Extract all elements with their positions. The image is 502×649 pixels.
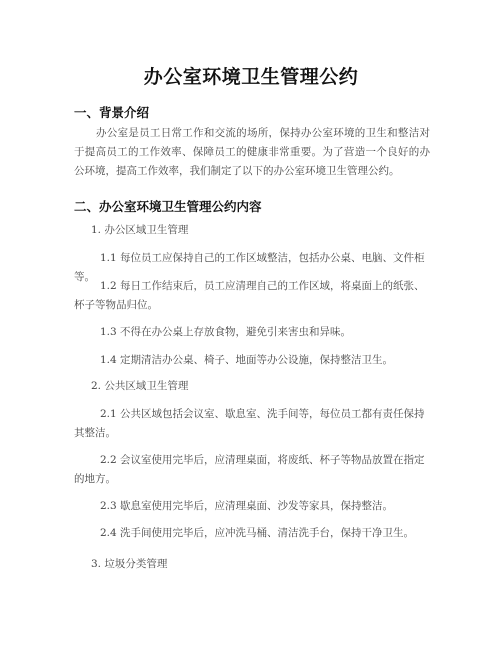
list-subitem: 2.2 会议室使用完毕后，应清理桌面，将废纸、杯子等物品放置在指定的地方。 [74,451,430,489]
list-subitem: 2.3 歇息室使用完毕后，应清理桌面、沙发等家具，保持整洁。 [74,497,430,516]
section-heading-background: 一、背景介绍 [74,103,149,121]
list-item-office-area: 1. 办公区域卫生管理 [91,222,188,237]
list-subitem: 1.2 每日工作结束后，员工应清理自己的工作区域，将桌面上的纸张、杯子等物品归位… [74,277,430,315]
list-subitem: 1.3 不得在办公桌上存放食物，避免引来害虫和异味。 [74,323,430,342]
list-subitem: 2.4 洗手间使用完毕后，应冲洗马桶、清洁洗手台，保持干净卫生。 [74,524,430,543]
list-item-garbage-sorting: 3. 垃圾分类管理 [91,556,167,571]
section-heading-content: 二、办公室环境卫生管理公约内容 [74,197,262,215]
background-paragraph: 办公室是员工日常工作和交流的场所，保持办公室环境的卫生和整洁对于提高员工的工作效… [74,124,430,181]
list-subitem: 2.1 公共区域包括会议室、歇息室、洗手间等，每位员工都有责任保持其整洁。 [74,405,430,443]
list-subitem: 1.4 定期清洁办公桌、椅子、地面等办公设施，保持整洁卫生。 [74,351,430,370]
document-page: 办公室环境卫生管理公约 一、背景介绍 办公室是员工日常工作和交流的场所，保持办公… [0,0,502,649]
list-item-public-area: 2. 公共区域卫生管理 [91,378,188,393]
document-title: 办公室环境卫生管理公约 [0,62,502,89]
